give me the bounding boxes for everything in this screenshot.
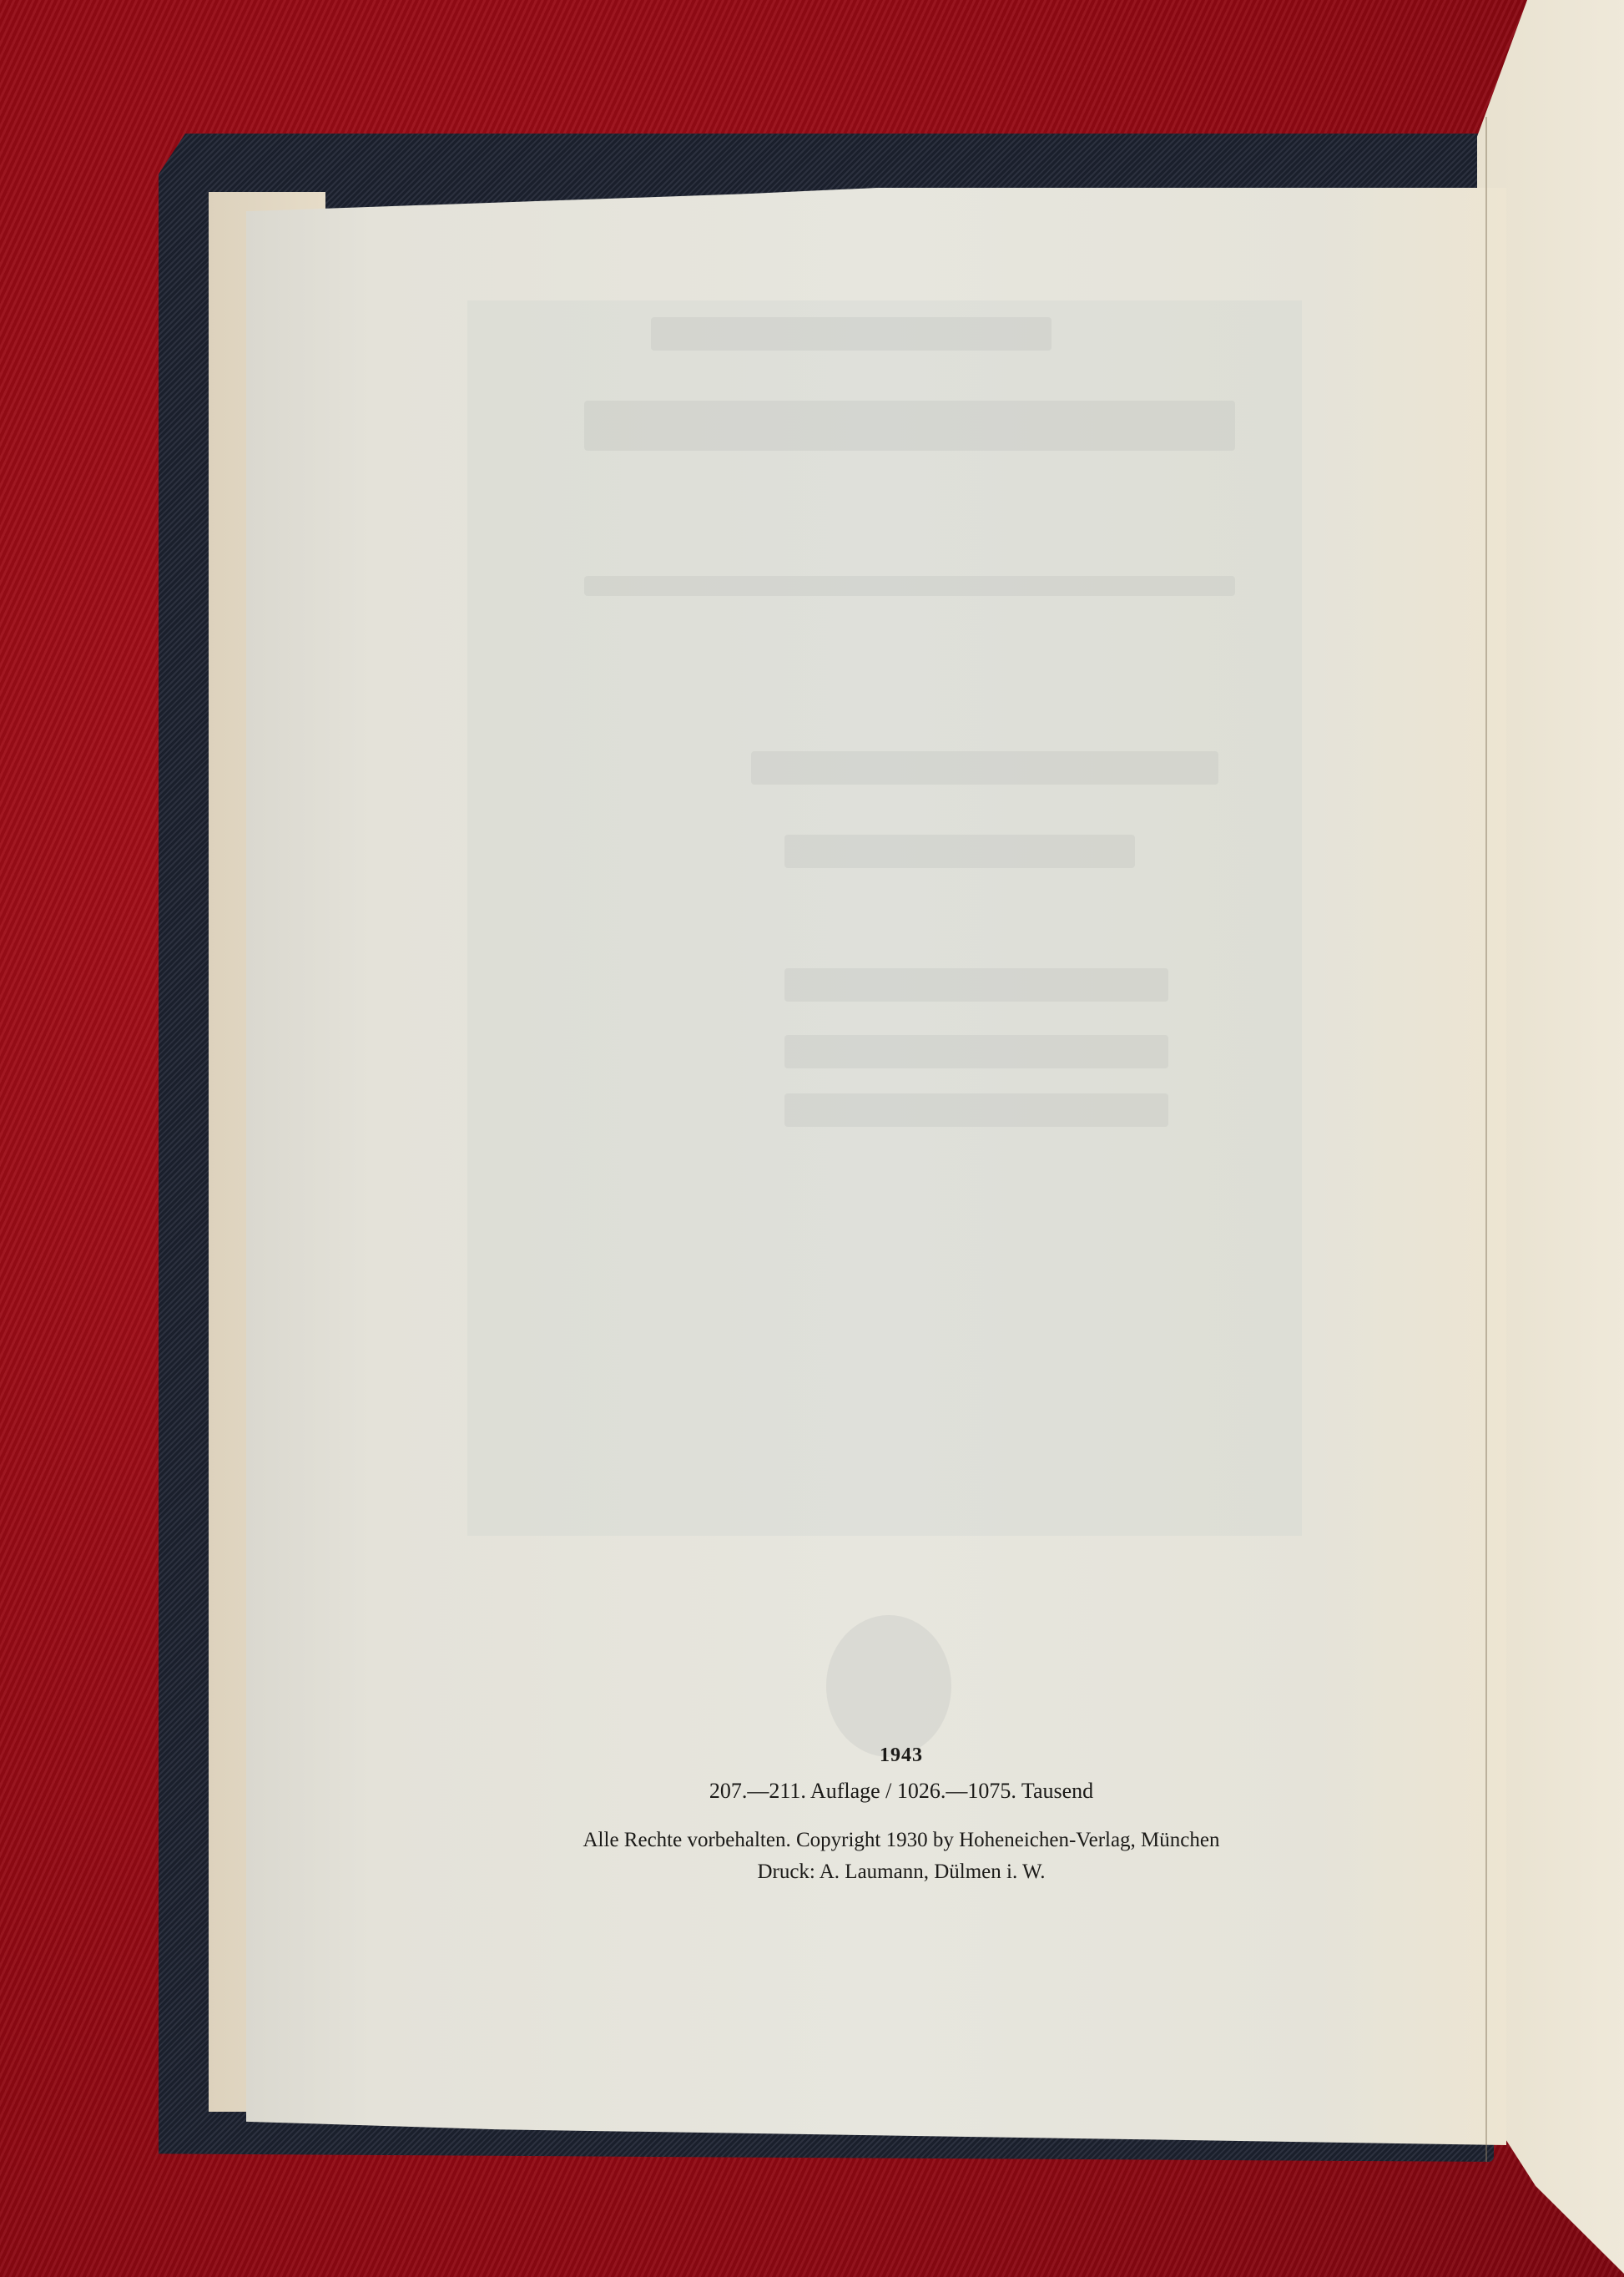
show-through-line bbox=[751, 751, 1218, 785]
copyright-line: Alle Rechte vorbehalten. Copyright 1930 … bbox=[467, 1829, 1335, 1852]
show-through-line bbox=[784, 1093, 1168, 1127]
publication-year: 1943 bbox=[467, 1744, 1335, 1767]
show-through-line bbox=[584, 576, 1235, 596]
show-through-line bbox=[784, 1035, 1168, 1068]
show-through-line bbox=[584, 401, 1235, 451]
publisher-emblem-show-through bbox=[826, 1615, 951, 1757]
imprint-block: 1943 207.—211. Auflage / 1026.—1075. Tau… bbox=[467, 1744, 1335, 1884]
show-through-line bbox=[784, 968, 1168, 1002]
show-through-line bbox=[651, 317, 1052, 351]
printer-line: Druck: A. Laumann, Dülmen i. W. bbox=[467, 1860, 1335, 1884]
edition-line: 207.—211. Auflage / 1026.—1075. Tausend bbox=[467, 1779, 1335, 1804]
gutter bbox=[1485, 117, 1487, 2162]
show-through-region bbox=[467, 300, 1302, 1536]
show-through-line bbox=[784, 835, 1135, 868]
